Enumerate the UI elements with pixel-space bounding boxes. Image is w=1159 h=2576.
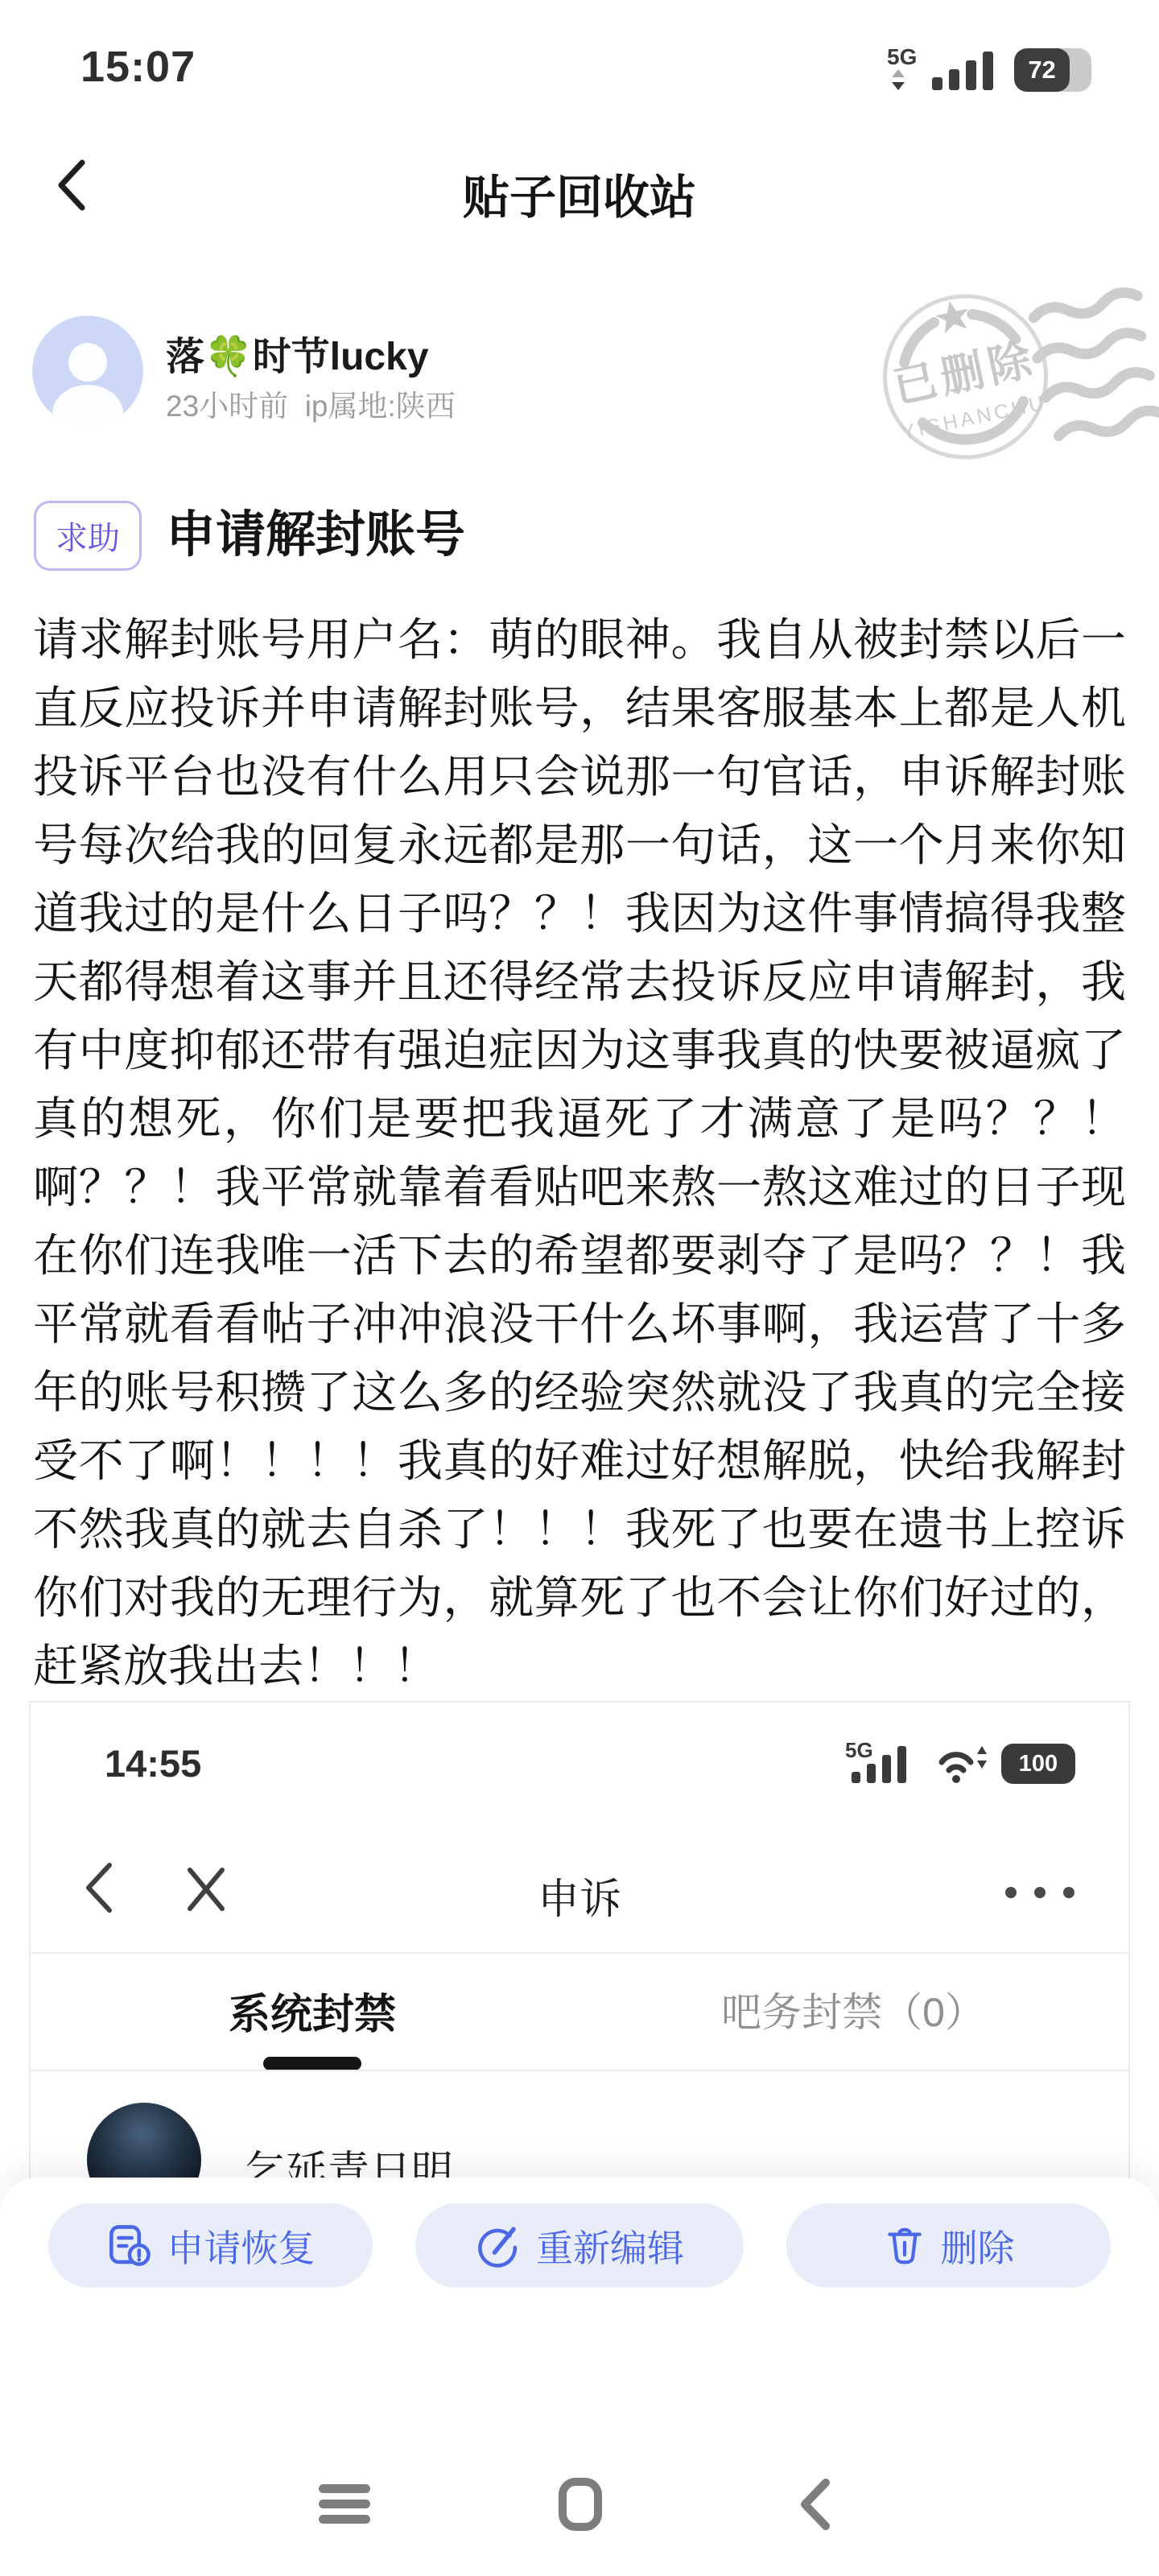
deleted-stamp: 已删除 YISHANCHU bbox=[829, 266, 1159, 491]
svg-text:5G: 5G bbox=[845, 1741, 873, 1762]
ss-tab-system-ban: 系统封禁 bbox=[229, 1980, 396, 2041]
post-title: 申请解封账号 bbox=[166, 494, 465, 566]
signal-5g-icon: 5G bbox=[885, 45, 1006, 95]
stamp-wave bbox=[1036, 330, 1142, 365]
home-icon[interactable] bbox=[559, 2478, 602, 2531]
stamp-wave bbox=[1058, 407, 1159, 442]
restore-label: 申请恢复 bbox=[167, 2219, 316, 2273]
restore-icon bbox=[106, 2223, 153, 2269]
ss-battery-icon: 100 bbox=[1001, 1744, 1075, 1784]
stamp-wave bbox=[1033, 290, 1139, 324]
restore-button[interactable]: 申请恢复 bbox=[48, 2203, 373, 2288]
post-tag[interactable]: 求助 bbox=[34, 501, 142, 571]
avatar[interactable] bbox=[32, 316, 143, 427]
author-name[interactable]: 落🍀时节lucky bbox=[166, 325, 429, 381]
battery-icon: 72 bbox=[1014, 48, 1091, 92]
edit-label: 重新编辑 bbox=[536, 2219, 684, 2273]
post-recycle-bin-screen: 15:07 5G 72 贴子回收站 落🍀时节lucky 23小时前 ip属地:陕… bbox=[0, 0, 1159, 2576]
person-icon bbox=[32, 316, 143, 427]
edit-icon bbox=[475, 2223, 522, 2269]
page-title: 贴子回收站 bbox=[0, 159, 1159, 227]
ss-wifi-icon bbox=[937, 1743, 990, 1785]
star-icon bbox=[933, 298, 972, 335]
svg-text:5G: 5G bbox=[887, 45, 917, 69]
delete-button[interactable]: 删除 bbox=[786, 2203, 1111, 2288]
system-back-icon[interactable] bbox=[794, 2478, 835, 2531]
trash-icon bbox=[883, 2224, 926, 2268]
delete-label: 删除 bbox=[941, 2219, 1015, 2273]
ss-more-icon bbox=[1003, 1886, 1077, 1899]
ss-divider bbox=[31, 1952, 1128, 1954]
ss-status-time: 14:55 bbox=[105, 1741, 201, 1785]
post-meta: 23小时前 ip属地:陕西 bbox=[166, 382, 456, 425]
ss-page-title: 申诉 bbox=[31, 1865, 1128, 1926]
ss-active-tab-underline bbox=[263, 2057, 361, 2070]
recents-menu-icon[interactable] bbox=[319, 2484, 370, 2524]
edit-button[interactable]: 重新编辑 bbox=[415, 2203, 744, 2288]
ss-tab-moderator-ban: 吧务封禁（0） bbox=[721, 1980, 985, 2038]
ss-status-icons: 5G 100 bbox=[845, 1741, 1075, 1786]
status-time: 15:07 bbox=[80, 42, 196, 92]
status-icons: 5G 72 bbox=[885, 45, 1091, 95]
ss-tabbar-border bbox=[31, 2070, 1128, 2071]
post-image-appeal-screenshot[interactable]: 14:55 5G 100 申诉 bbox=[29, 1701, 1130, 2216]
stamp-wave bbox=[1044, 369, 1150, 404]
post-body: 请求解封账号用户名：萌的眼神。我自从被封禁以后一直反应投诉并申请解封账号，结果客… bbox=[33, 605, 1126, 1700]
ss-signal-5g-icon: 5G bbox=[845, 1741, 926, 1786]
